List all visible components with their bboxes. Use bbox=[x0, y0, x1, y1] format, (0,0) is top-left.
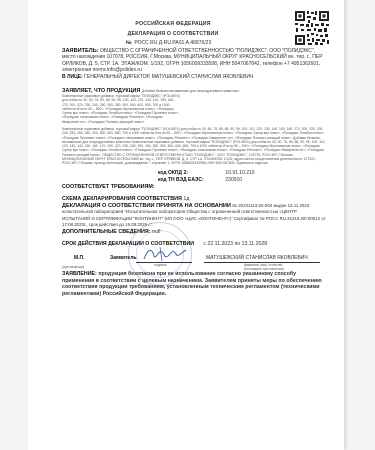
requirements-label: СООТВЕТСТВУЕТ ТРЕБОВАНИЯМ: bbox=[62, 184, 155, 190]
person-text: ГЕНЕРАЛЬНЫЙ ДИРЕКТОР, МАТУШЕВСКИЙ СТАНИС… bbox=[84, 74, 253, 80]
basis-section: ДЕКЛАРАЦИЯ О СООТВЕТСТВИИ ПРИНЯТА НА ОСН… bbox=[62, 203, 326, 229]
scheme-label: СХЕМА ДЕКЛАРИРОВАНИЯ СООТВЕТСТВИЯ bbox=[62, 196, 182, 202]
document-title: ДЕКЛАРАЦИЯ О СООТВЕТСТВИИ bbox=[28, 31, 318, 37]
signature-caption: подпись bbox=[154, 263, 167, 267]
signature-icon bbox=[140, 246, 190, 262]
tnved-label: код ТН ВЭД ЕАЭС: bbox=[158, 177, 224, 183]
mp-note: (при наличии) bbox=[62, 265, 84, 269]
number-value: РОСС RU Д-RU.РА01.А.46876/23 bbox=[134, 40, 211, 46]
okpd-value: 10.91.10.210 bbox=[225, 170, 254, 176]
declares-inline: Добавки белково-витаминные для непродукт… bbox=[142, 89, 239, 93]
number-label: № bbox=[126, 40, 132, 46]
applicant-text: ОБЩЕСТВО С ОГРАНИЧЕННОЙ ОТВЕТСТВЕННОСТЬЮ… bbox=[62, 48, 323, 73]
scheme-value: 1д bbox=[183, 196, 189, 202]
okpd-label: код ОКПД 2: bbox=[158, 170, 224, 176]
qr-code-icon bbox=[294, 10, 330, 46]
statement-label: ЗАЯВЛЕНИЕ: bbox=[62, 271, 97, 277]
statement-section: ЗАЯВЛЕНИЕ: продукция безопасна при ее ис… bbox=[62, 271, 326, 297]
signer-role: Заявитель bbox=[110, 255, 136, 261]
product-text-short: Комплексные кормовые добавки, торговой м… bbox=[62, 94, 180, 124]
statement-text: продукция безопасна при ее использование… bbox=[62, 271, 322, 297]
tnved-row: код ТН ВЭД ЕАЭС: 230910 bbox=[158, 177, 242, 183]
tnved-value: 230910 bbox=[225, 177, 242, 183]
scheme-row: СХЕМА ДЕКЛАРИРОВАНИЯ СООТВЕТСТВИЯ 1д bbox=[62, 196, 190, 202]
mp-label: М.П. bbox=[74, 255, 85, 261]
country-heading: РОССИЙСКАЯ ФЕДЕРАЦИЯ bbox=[28, 21, 318, 27]
signer-name: МАТУШЕВСКИЙ СТАНИСЛАВ ЯКОВЛЕВИЧ bbox=[206, 255, 320, 261]
okpd-row: код ОКПД 2: 10.91.10.210 bbox=[158, 170, 255, 176]
document-number: № РОСС RU Д-RU.РА01.А.46876/23 bbox=[126, 40, 211, 46]
product-section: ЗАЯВЛЯЕТ, ЧТО ПРОДУКЦИЯ Добавки белково-… bbox=[62, 88, 324, 124]
declaration-page: РОССИЙСКАЯ ФЕДЕРАЦИЯ ДЕКЛАРАЦИЯ О СООТВЕ… bbox=[28, 0, 344, 450]
person-label: В ЛИЦЕ: bbox=[62, 74, 83, 80]
basis-label: ДЕКЛАРАЦИЯ О СООТВЕТСТВИИ ПРИНЯТА НА ОСН… bbox=[62, 203, 231, 209]
product-full-text: Комплексные кормовые добавки, торговой м… bbox=[62, 127, 326, 166]
applicant-section: ЗАЯВИТЕЛЬ: ОБЩЕСТВО С ОГРАНИЧЕННОЙ ОТВЕТ… bbox=[62, 48, 324, 80]
validity-value: с 22.11.2023 по 13.11.2028 bbox=[203, 241, 267, 247]
